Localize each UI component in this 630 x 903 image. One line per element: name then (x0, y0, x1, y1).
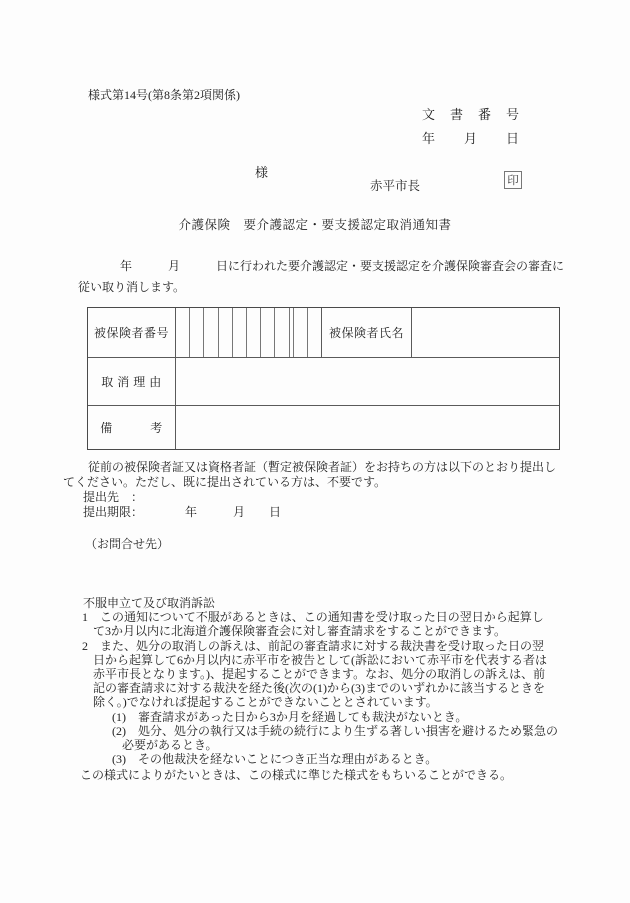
remarks-value-cell (176, 406, 559, 449)
appeal-subitem-1-line: (1) 審査請求があった日から3か月を経過しても裁決がないとき。 (112, 710, 603, 724)
appeal-subitem-2-line: (2) 処分、処分の執行又は手続の続行により生ずる著しい損害を避けるため緊急の (112, 724, 603, 738)
seal-glyph: 印 (507, 172, 519, 188)
digit-cell (247, 308, 261, 357)
appeal-item-2-line: 日から起算して6か月以内に赤平市を被告として(訴訟において赤平市を代表する者は (93, 653, 603, 667)
appeal-subitem-3-line: (3) その他裁決を経ないことにつき正当な理由があるとき。 (112, 752, 603, 766)
digit-cell (204, 308, 218, 357)
sender-name: 赤平市長 (370, 176, 420, 194)
insured-name-value-cell (412, 308, 559, 357)
doc-date-line: 年 月 日 (422, 128, 520, 147)
contact-label: （お問合せ先） (85, 535, 169, 552)
digit-cell (275, 308, 289, 357)
digit-cell (261, 308, 275, 357)
notification-table: 被保険者番号 被保険者氏名 取 消 理 由 備 考 (87, 307, 560, 450)
appeal-item-2-line: 記の審査請求に対する裁決を経た後(次の(1)から(3)までのいずれかに該当すると… (93, 681, 603, 695)
appeal-item-2-line: 赤平市長となります。)、提起することができます。なお、処分の取消しの訴えは、前 (93, 667, 603, 681)
insured-number-label: 被保険者番号 (88, 308, 176, 357)
form-number: 様式第14号(第8条第2項関係) (88, 86, 240, 103)
intro-line-1: 年 月 日に行われた要介護認定・要支援認定を介護保険審査会の審査に (120, 257, 564, 274)
cancel-reason-value-cell (176, 358, 559, 405)
remarks-label: 備 考 (88, 406, 176, 449)
appeal-item-2-line: 2 また、処分の取消しの訴えは、前記の審査請求に対する裁決書を受け取った日の翌 (82, 639, 603, 653)
appeal-item-1-line: て3か月以内に北海道介護保険審査会に対し審査請求をすることができます。 (93, 624, 603, 638)
appeal-heading: 不服申立て及び取消訴訟 (83, 596, 603, 610)
insured-number-digit-cells (176, 308, 322, 357)
appeal-subitem-2-line: 必要があるとき。 (122, 738, 603, 752)
digit-cell (308, 308, 321, 357)
page-title: 介護保険 要介護認定・要支援認定取消通知書 (0, 215, 630, 233)
submission-deadline-line: 提出期限： 年 月 日 (83, 503, 281, 520)
table-row-reason: 取 消 理 由 (88, 358, 559, 406)
insured-name-label: 被保険者氏名 (322, 308, 412, 357)
digit-cell (294, 308, 308, 357)
digit-cell (219, 308, 233, 357)
digit-cell (233, 308, 247, 357)
document-page: 様式第14号(第8条第2項関係) 文 書 番 号 年 月 日 様 赤平市長 印 … (0, 0, 630, 903)
seal-stamp-box: 印 (504, 171, 522, 189)
addressee-honorific: 様 (255, 162, 268, 181)
table-row-insured: 被保険者番号 被保険者氏名 (88, 308, 559, 358)
cancel-reason-label: 取 消 理 由 (88, 358, 176, 405)
appeal-item-1-line: 1 この通知について不服があるときは、この通知書を受け取った日の翌日から起算し (82, 610, 603, 624)
footer-note: この様式によりがたいときは、この様式に準じた様式をもちいることができる。 (80, 766, 512, 783)
intro-line-2: 従い取り消します。 (78, 278, 185, 295)
appeal-item-2-line: 除く。)でなければ提起することができないこととされています。 (93, 695, 603, 709)
appeal-section: 不服申立て及び取消訴訟 1 この通知について不服があるときは、この通知書を受け取… (63, 596, 603, 766)
digit-cell (176, 308, 190, 357)
digit-cell (190, 308, 204, 357)
doc-number-label: 文 書 番 号 (422, 104, 520, 123)
table-row-remarks: 備 考 (88, 406, 559, 449)
